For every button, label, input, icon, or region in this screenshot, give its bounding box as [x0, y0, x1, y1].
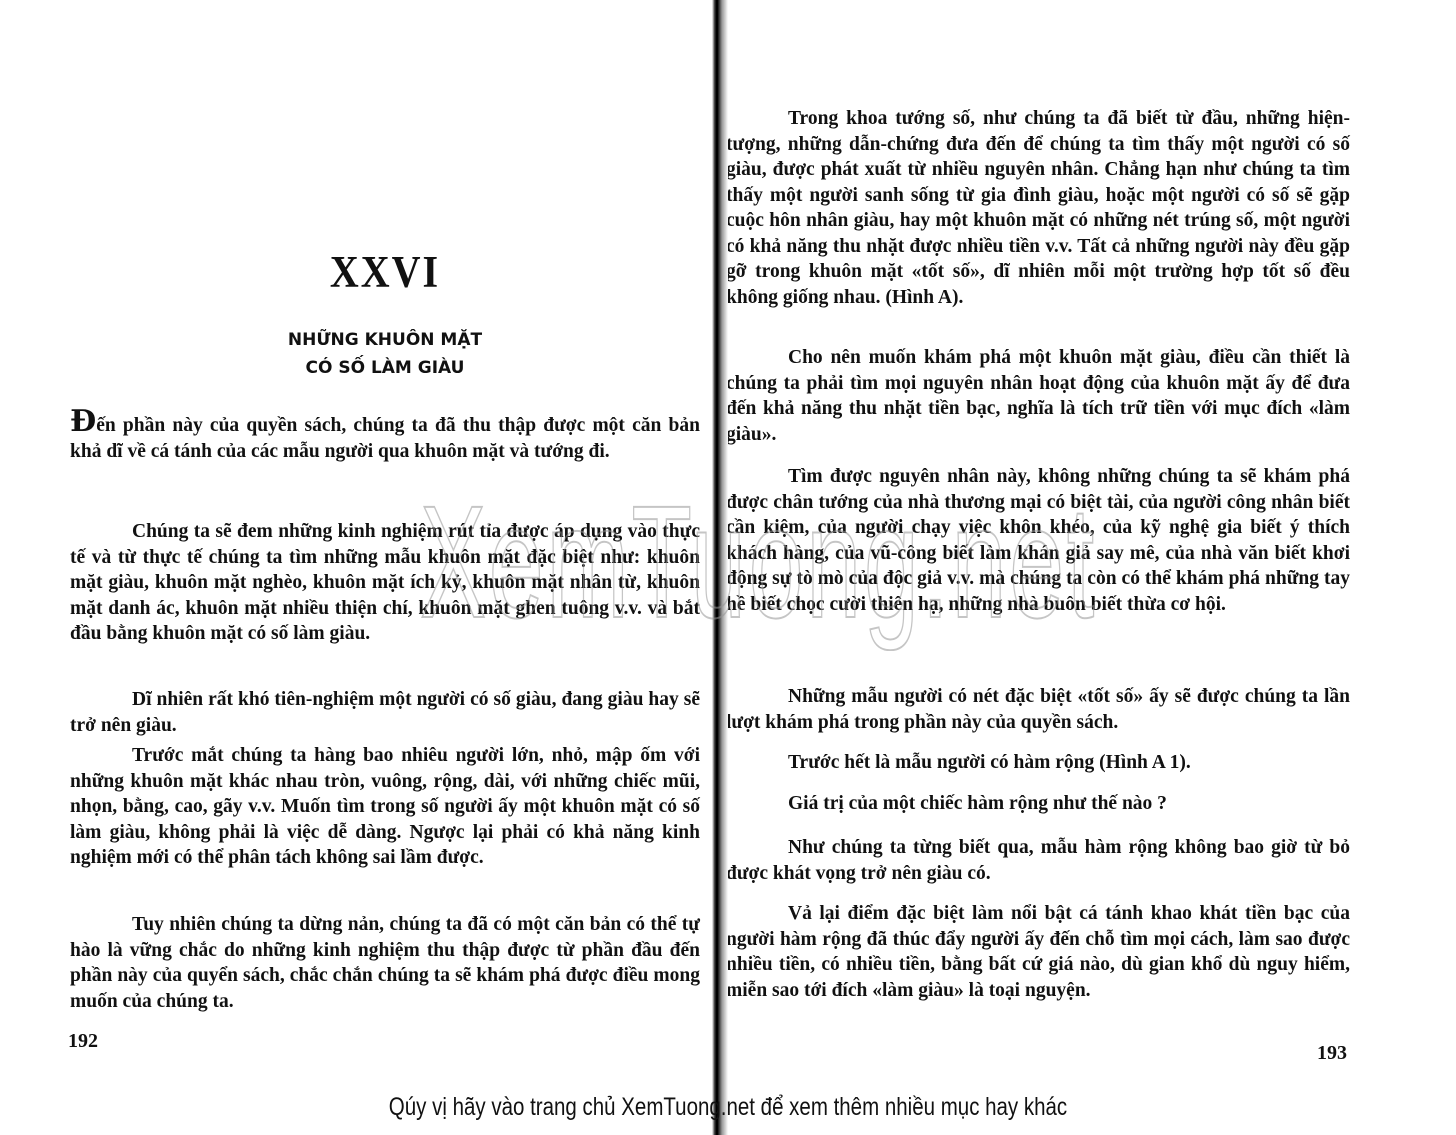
left-paragraph-3: Dĩ nhiên rất khó tiên-nghiệm một người c…	[70, 687, 700, 738]
chapter-title-line1: NHỮNG KHUÔN MẶT	[60, 326, 710, 354]
left-paragraph-1: Đến phần này của quyền sách, chúng ta đã…	[70, 412, 700, 464]
right-paragraph-8: Vả lại điểm đặc biệt làm nổi bật cá tánh…	[726, 901, 1350, 1003]
right-paragraph-5: Trước hết là mẫu người có hàm rộng (Hình…	[726, 750, 1350, 776]
right-paragraph-6: Giá trị của một chiếc hàm rộng như thế n…	[726, 791, 1350, 817]
page-number-right: 193	[1317, 1042, 1347, 1065]
right-paragraph-1: Trong khoa tướng số, như chúng ta đã biế…	[726, 106, 1350, 310]
right-paragraph-7: Như chúng ta từng biết qua, mẫu hàm rộng…	[726, 835, 1350, 886]
drop-cap: Đ	[70, 404, 96, 439]
footer-note: Qúy vị hãy vào trang chủ XemTuong.net để…	[131, 1093, 1325, 1122]
watermark: XemTuong.net	[420, 470, 1097, 654]
chapter-title: NHỮNG KHUÔN MẶT CÓ SỐ LÀM GIÀU	[60, 326, 710, 382]
chapter-title-line2: CÓ SỐ LÀM GIÀU	[60, 354, 710, 382]
left-paragraph-5: Tuy nhiên chúng ta dừng nản, chúng ta đã…	[70, 912, 700, 1014]
right-paragraph-2: Cho nên muốn khám phá một khuôn mặt giàu…	[726, 345, 1350, 447]
left-paragraph-4: Trước mắt chúng ta hàng bao nhiêu người …	[70, 743, 700, 871]
page-number-left: 192	[68, 1030, 98, 1053]
chapter-number: XXVI	[60, 244, 710, 298]
right-paragraph-4: Những mẫu người có nét đặc biệt «tốt số»…	[726, 684, 1350, 735]
